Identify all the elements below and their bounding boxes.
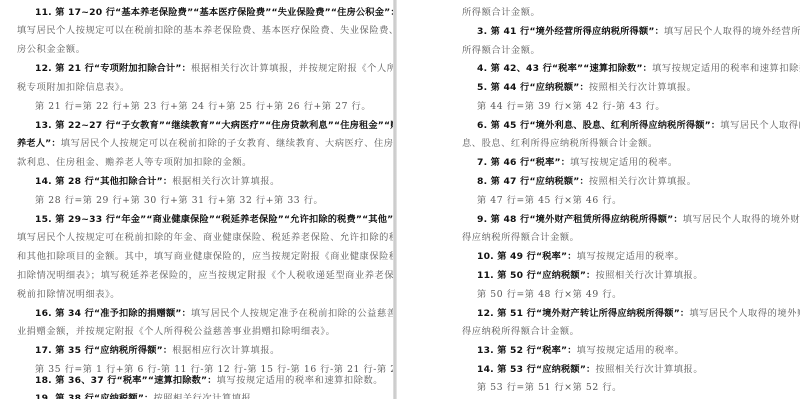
text-line: 14. 第 28 行“其他扣除合计”：根据相关行次计算填报。 [35,176,280,188]
item-text: 根据相关行次计算填报。 [172,176,280,187]
item-text: 款利息、住房租金、赡养老人等专项附加扣除的金额。 [17,157,252,168]
text-line: 款利息、住房租金、赡养老人等专项附加扣除的金额。 [17,157,252,169]
item-text: 填写居民个人按规定准予在税前扣除的公益慈善事 [191,308,393,319]
item-heading: 14. 第 28 行“其他扣除合计”： [35,176,172,187]
text-line: 4. 第 42、43 行“税率”“速算扣除数”：填写按规定适用的税率和速算扣除数… [477,63,800,75]
text-line: 养老人”：填写居民个人按规定可以在税前扣除的子女教育、继续教育、大病医疗、住房贷 [17,138,393,150]
text-line: 得应纳税所得额合计金额。 [462,326,579,338]
text-line: 填写居民个人按规定可以在税前扣除的基本养老保险费、基本医疗保险费、失业保险费、住 [17,25,393,37]
item-text: 填写按规定适用的税率。 [577,345,685,356]
item-text: 第 21 行=第 22 行+第 23 行+第 24 行+第 25 行+第 26 … [35,101,371,112]
text-line: 税前扣除情况明细表》。 [17,289,120,301]
item-text: 填写居民个人按规定可在税前扣除的年金、商业健康保险、税延养老保险、允许扣除的税费 [17,232,393,243]
text-line: 13. 第 22~27 行“子女教育”“继续教育”“大病医疗”“住房贷款利息”“… [35,120,393,132]
item-heading: 18. 第 36、37 行“税率”“速算扣除数”： [35,375,217,386]
item-heading: 5. 第 44 行“应纳税额”： [477,82,589,93]
item-heading: 7. 第 46 行“税率”： [477,157,570,168]
item-heading: 12. 第 21 行“专项附加扣除合计”： [35,63,191,74]
text-line: 19. 第 38 行“应纳税额”：按照相关行次计算填报。 [35,393,261,399]
item-heading: 16. 第 34 行“准予扣除的捐赠额”： [35,308,191,319]
text-line: 3. 第 41 行“境外经营所得应纳税所得额”：填写居民个人取得的境外经营所得应… [477,26,800,38]
item-text: 第 44 行=第 39 行×第 42 行-第 43 行。 [477,101,665,112]
item-text: 第 47 行=第 45 行×第 46 行。 [477,195,622,206]
item-heading: 8. 第 47 行“应纳税额”： [477,176,589,187]
item-text: 按照相关行次计算填报。 [595,364,703,375]
document-page-right: 所得额合计金额。3. 第 41 行“境外经营所得应纳税所得额”：填写居民个人取得… [397,0,800,399]
item-text: 所得额合计金额。 [462,45,540,56]
item-heading: 12. 第 51 行“境外财产转让所得应纳税所得额”： [477,308,689,319]
text-line: 第 47 行=第 45 行×第 46 行。 [477,195,622,207]
item-heading: 13. 第 52 行“税率”： [477,345,577,356]
text-line: 10. 第 49 行“税率”：填写按规定适用的税率。 [477,251,684,263]
item-heading: 11. 第 17~20 行“基本养老保险费”“基本医疗保险费”“失业保险费”“住… [35,7,393,18]
item-text: 填写按规定适用的税率。 [570,157,678,168]
item-text: 根据相关行次计算填报，并按规定附报《个人所得 [191,63,393,74]
item-text: 扣除情况明细表》；填写税延养老保险的，应当按规定附报《个人税收递延型商业养老保险 [17,270,393,281]
item-text: 第 35 行=第 1 行+第 6 行-第 11 行-第 12 行-第 15 行-… [35,364,393,375]
item-heading: 19. 第 38 行“应纳税额”： [35,393,153,399]
item-heading: 14. 第 53 行“应纳税额”： [477,364,595,375]
item-text: 得应纳税所得额合计金额。 [462,232,579,243]
text-line: 11. 第 17~20 行“基本养老保险费”“基本医疗保险费”“失业保险费”“住… [35,7,393,19]
text-line: 所得额合计金额。 [462,7,540,19]
item-text: 和其他扣除项目的金额。其中，填写商业健康保险的，应当按规定附报《商业健康保险税前 [17,251,393,262]
item-text: 按照相关行次计算填报。 [589,176,697,187]
text-line: 15. 第 29~33 行“年金”“商业健康保险”“税延养老保险”“允许扣除的税… [35,214,393,226]
document-page-left: 11. 第 17~20 行“基本养老保险费”“基本医疗保险费”“失业保险费”“住… [0,0,393,399]
text-line: 税专项附加扣除信息表》。 [17,82,130,94]
text-line: 所得额合计金额。 [462,45,540,57]
item-text: 第 28 行=第 29 行+第 30 行+第 31 行+第 32 行+第 33 … [35,195,323,206]
text-line: 17. 第 35 行“应纳税所得额”：根据相应行次计算填报。 [35,345,280,357]
text-line: 12. 第 21 行“专项附加扣除合计”：根据相关行次计算填报，并按规定附报《个… [35,63,393,75]
text-line: 业捐赠金额，并按规定附报《个人所得税公益慈善事业捐赠扣除明细表》。 [17,326,335,338]
item-text: 按照相关行次计算填报。 [153,393,261,399]
item-heading: 15. 第 29~33 行“年金”“商业健康保险”“税延养老保险”“允许扣除的税… [35,214,393,225]
item-text: 填写居民个人取得的境外利 [720,120,800,131]
text-line: 第 21 行=第 22 行+第 23 行+第 24 行+第 25 行+第 26 … [35,101,371,113]
item-text: 按照相关行次计算填报。 [589,82,697,93]
item-heading: 13. 第 22~27 行“子女教育”“继续教育”“大病医疗”“住房贷款利息”“… [35,120,393,131]
item-text: 业捐赠金额，并按规定附报《个人所得税公益慈善事业捐赠扣除明细表》。 [17,326,335,337]
item-text: 填写按规定适用的税率和速算扣除数。 [217,375,383,386]
text-line: 6. 第 45 行“境外利息、股息、红利所得应纳税所得额”：填写居民个人取得的境… [477,120,800,132]
item-text: 填写居民个人取得的境外财产租赁所 [683,214,800,225]
text-line: 12. 第 51 行“境外财产转让所得应纳税所得额”：填写居民个人取得的境外财产… [477,308,800,320]
item-heading: 养老人”： [17,138,61,149]
text-line: 7. 第 46 行“税率”：填写按规定适用的税率。 [477,157,678,169]
text-line: 13. 第 52 行“税率”：填写按规定适用的税率。 [477,345,684,357]
text-line: 9. 第 48 行“境外财产租赁所得应纳税所得额”：填写居民个人取得的境外财产租… [477,214,800,226]
text-line: 8. 第 47 行“应纳税额”：按照相关行次计算填报。 [477,176,697,188]
item-heading: 10. 第 49 行“税率”： [477,251,577,262]
text-line: 填写居民个人按规定可在税前扣除的年金、商业健康保险、税延养老保险、允许扣除的税费 [17,232,393,244]
item-text: 根据相应行次计算填报。 [172,345,280,356]
text-line: 11. 第 50 行“应纳税额”：按照相关行次计算填报。 [477,270,703,282]
item-text: 填写居民个人取得的境外经营所得应纳税 [664,26,800,37]
text-line: 得应纳税所得额合计金额。 [462,232,579,244]
item-text: 第 53 行=第 51 行×第 52 行。 [477,382,622,393]
item-heading: 3. 第 41 行“境外经营所得应纳税所得额”： [477,26,664,37]
item-text: 税前扣除情况明细表》。 [17,289,120,300]
item-heading: 9. 第 48 行“境外财产租赁所得应纳税所得额”： [477,214,683,225]
text-line: 5. 第 44 行“应纳税额”：按照相关行次计算填报。 [477,82,697,94]
item-heading: 11. 第 50 行“应纳税额”： [477,270,595,281]
item-text: 息、股息、红利所得应纳税所得额合计金额。 [462,138,658,149]
text-line: 16. 第 34 行“准予扣除的捐赠额”：填写居民个人按规定准予在税前扣除的公益… [35,308,393,320]
text-line: 14. 第 53 行“应纳税额”：按照相关行次计算填报。 [477,364,703,376]
item-heading: 4. 第 42、43 行“税率”“速算扣除数”： [477,63,652,74]
text-line: 第 53 行=第 51 行×第 52 行。 [477,382,622,394]
text-line: 息、股息、红利所得应纳税所得额合计金额。 [462,138,658,150]
item-heading: 6. 第 45 行“境外利息、股息、红利所得应纳税所得额”： [477,120,720,131]
item-heading: 17. 第 35 行“应纳税所得额”： [35,345,172,356]
item-text: 税专项附加扣除信息表》。 [17,82,130,93]
item-text: 按照相关行次计算填报。 [595,270,703,281]
text-line: 和其他扣除项目的金额。其中，填写商业健康保险的，应当按规定附报《商业健康保险税前 [17,251,393,263]
text-line: 扣除情况明细表》；填写税延养老保险的，应当按规定附报《个人税收递延型商业养老保险 [17,270,393,282]
item-text: 得应纳税所得额合计金额。 [462,326,579,337]
text-line: 第 28 行=第 29 行+第 30 行+第 31 行+第 32 行+第 33 … [35,195,323,207]
text-line: 房公积金金额。 [17,44,86,56]
item-text: 填写居民个人取得的境外财产转让所 [689,308,800,319]
item-text: 房公积金金额。 [17,44,86,55]
item-text: 填写居民个人按规定可以在税前扣除的子女教育、继续教育、大病医疗、住房贷 [61,138,393,149]
text-line: 18. 第 36、37 行“税率”“速算扣除数”：填写按规定适用的税率和速算扣除… [35,375,383,387]
item-text: 填写按规定适用的税率和速算扣除数。 [652,63,800,74]
item-text: 所得额合计金额。 [462,7,540,18]
text-line: 第 50 行=第 48 行×第 49 行。 [477,289,622,301]
item-text: 填写居民个人按规定可以在税前扣除的基本养老保险费、基本医疗保险费、失业保险费、住 [17,25,393,36]
item-text: 填写按规定适用的税率。 [577,251,685,262]
item-text: 第 50 行=第 48 行×第 49 行。 [477,289,622,300]
text-line: 第 44 行=第 39 行×第 42 行-第 43 行。 [477,101,665,113]
